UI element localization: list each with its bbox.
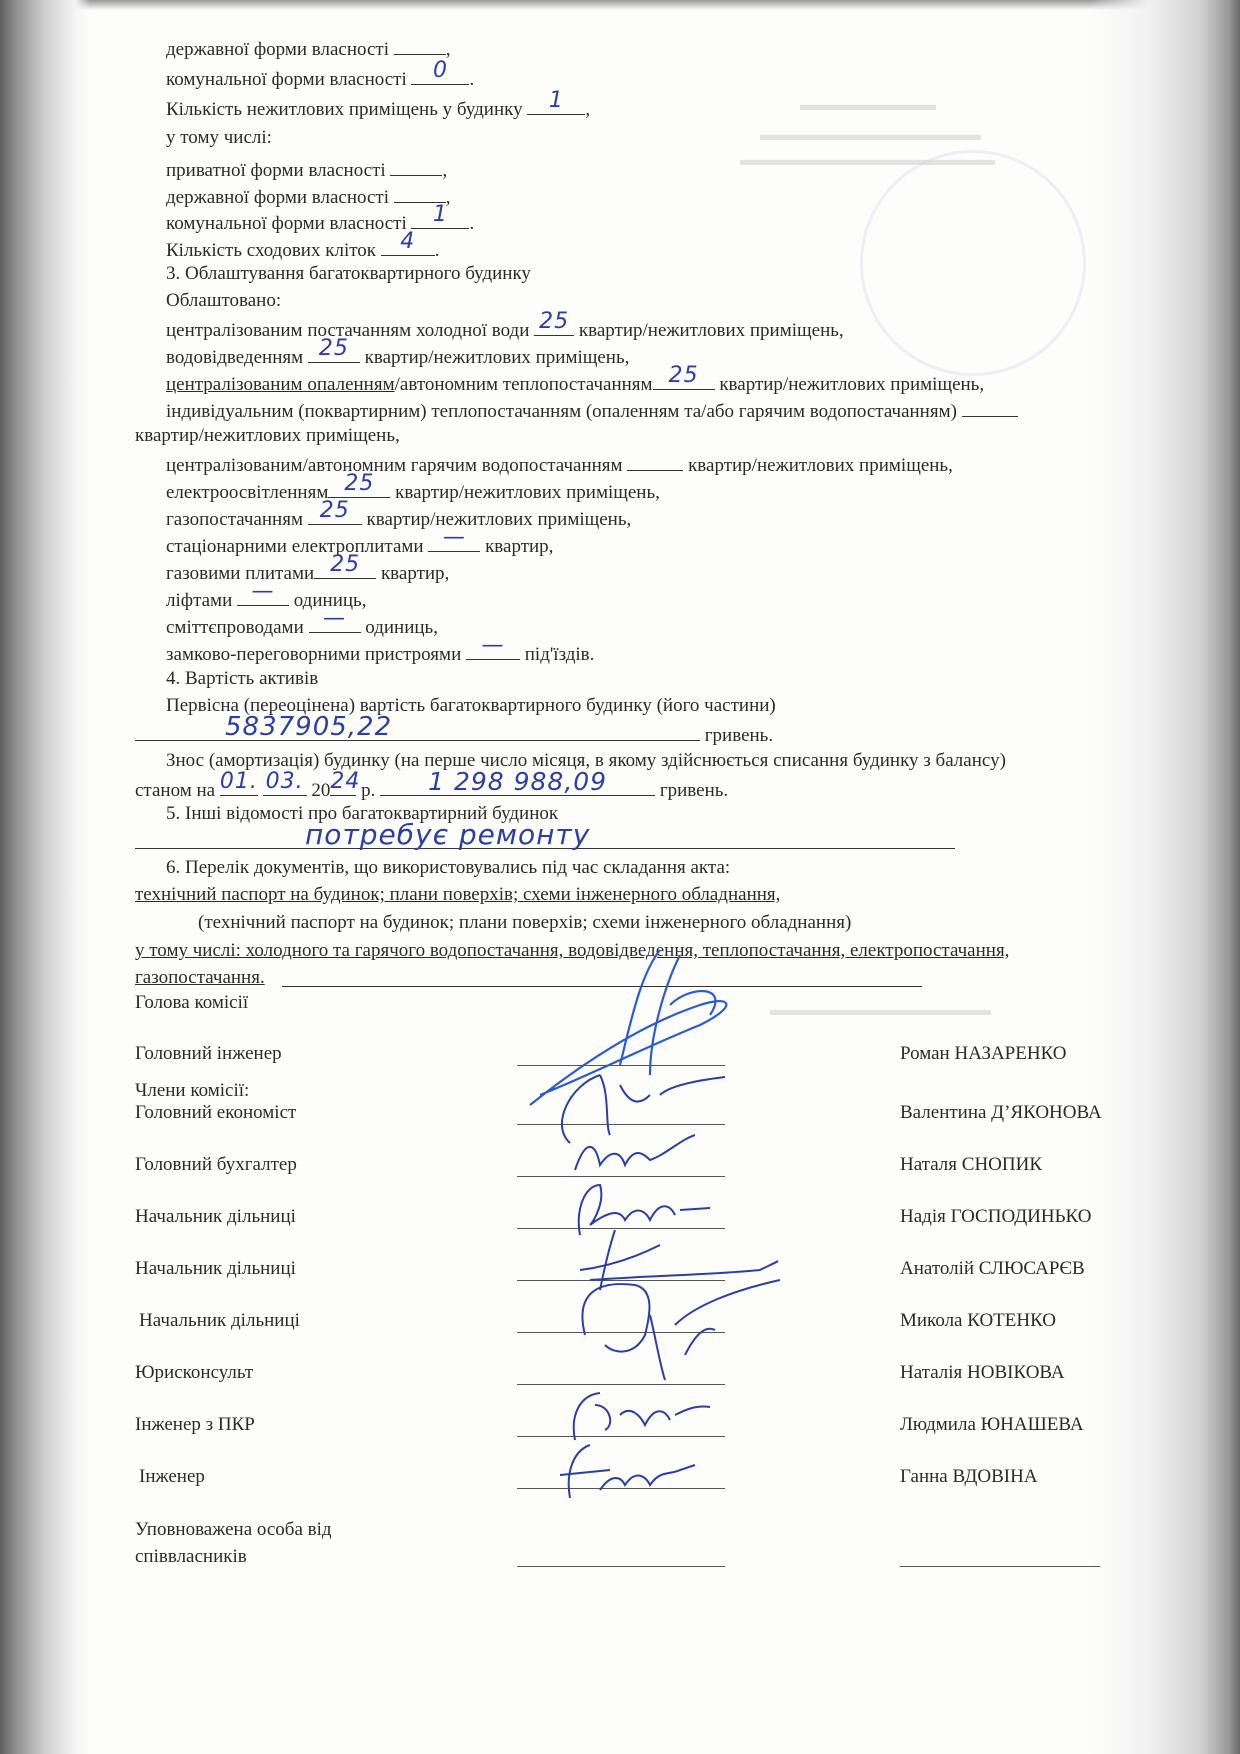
initial-value-line: 5837905,22 гривень.: [135, 722, 773, 747]
signatory-role: Начальник дільниці: [135, 1206, 296, 1228]
signatory-name: Микола КОТЕНКО: [900, 1310, 1056, 1332]
signatory-role: Юрисконсульт: [135, 1362, 253, 1384]
stairwells-line: Кількість сходових кліток 4.: [166, 237, 440, 262]
including-label: у тому числі:: [166, 127, 272, 149]
section3-title: 3. Облаштування багатоквартирного будинк…: [166, 263, 531, 285]
bleed-through-text: ▬▬▬▬▬▬▬▬▬▬▬▬▬: [770, 1000, 991, 1020]
cold-water-field: 25: [534, 317, 574, 336]
gas-stoves-line: газовими плитами25 квартир,: [166, 560, 449, 585]
communal-ownership-field: 0: [411, 66, 469, 85]
nr-private-field: [390, 157, 442, 176]
nr-private-line: приватної форми власності ,: [166, 157, 447, 182]
as-of-month-field: 03.: [263, 777, 307, 796]
documents-gas-line: газопостачання.: [135, 967, 265, 989]
intercoms-field: —: [466, 641, 520, 660]
individual-heating-field: [962, 398, 1018, 417]
depreciation-line: станом на 01. 03. 2024 р. 1 298 988,09 г…: [135, 777, 728, 802]
scan-edge-left: [0, 0, 90, 1754]
signature-icon: [555, 1385, 715, 1445]
bleed-through-stamp: [860, 150, 1086, 376]
gas-line: газопостачанням 25 квартир/нежитлових пр…: [166, 506, 631, 531]
state-ownership-line: державної форми власності ,: [166, 36, 451, 61]
signatory-name: Валентина Д’ЯКОНОВА: [900, 1102, 1102, 1124]
bleed-through-text: ▬▬▬▬▬▬▬▬▬▬▬▬▬▬▬: [740, 150, 995, 170]
initial-value-field: 5837905,22: [135, 722, 700, 741]
coowner-label-1: Уповноважена особа від: [135, 1519, 332, 1541]
signatory-role: Головний економіст: [135, 1102, 296, 1124]
coowner-name-line: [900, 1566, 1100, 1567]
heating-line: централізованим опаленням/автономним теп…: [166, 371, 984, 396]
signatory-name: Людмила ЮНАШЕВА: [900, 1414, 1084, 1436]
heating-field: 25: [653, 371, 715, 390]
nr-state-line: державної форми власності ,: [166, 184, 451, 209]
communal-ownership-line: комунальної форми власності 0.: [166, 66, 474, 91]
hot-water-line: централізованим/автономним гарячим водоп…: [166, 452, 953, 477]
hot-water-field: [627, 452, 683, 471]
equipped-label: Облаштовано:: [166, 290, 281, 312]
signatory-role: Інженер з ПКР: [135, 1414, 255, 1436]
signatory-role: Інженер: [139, 1466, 205, 1488]
chutes-line: сміттєпроводами — одиниць,: [166, 614, 438, 639]
state-ownership-field: [394, 36, 446, 55]
signatory-name: Анатолій СЛЮСАРЄВ: [900, 1258, 1085, 1280]
coowner-signature-line: [517, 1566, 725, 1567]
signatory-name: Наталя СНОПИК: [900, 1154, 1042, 1176]
elevators-field: —: [237, 587, 289, 606]
stairwells-field: 4: [381, 237, 435, 256]
gas-stoves-field: 25: [314, 560, 376, 579]
signature-icon: [555, 1275, 785, 1385]
gas-field: 25: [308, 506, 362, 525]
signatory-role: Начальник дільниці: [135, 1258, 296, 1280]
signatory-role: Начальник дільниці: [139, 1310, 300, 1332]
bleed-through-text: ▬▬▬▬▬▬▬▬: [800, 95, 936, 115]
chutes-field: —: [309, 614, 361, 633]
section6-title: 6. Перелік документів, що використовувал…: [166, 857, 730, 879]
bleed-through-text: ▬▬▬▬▬▬▬▬▬▬▬▬▬: [760, 125, 981, 145]
nr-communal-field: 1: [411, 210, 469, 229]
signature-icon: [570, 1130, 700, 1180]
members-label: Члени комісії:: [135, 1080, 249, 1102]
head-of-commission-label: Голова комісії: [135, 992, 248, 1014]
sewerage-line: водовідведенням 25 квартир/нежитлових пр…: [166, 344, 629, 369]
signature-icon: [550, 1440, 700, 1500]
individual-heating-cont: квартир/нежитлових приміщень,: [135, 425, 400, 447]
signatory-name: Наталія НОВІКОВА: [900, 1362, 1065, 1384]
signatory-role: Головний інженер: [135, 1043, 282, 1065]
cold-water-line: централізованим постачанням холодної вод…: [166, 317, 844, 342]
as-of-year-field: 24: [330, 777, 356, 796]
signatory-name: Надія ГОСПОДИНЬКО: [900, 1206, 1091, 1228]
nonresidential-count-line: Кількість нежитлових приміщень у будинку…: [166, 96, 590, 121]
sewerage-field: 25: [308, 344, 360, 363]
section4-title: 4. Вартість активів: [166, 668, 318, 690]
signatory-name: Ганна ВДОВІНА: [900, 1466, 1038, 1488]
depreciation-field: 1 298 988,09: [380, 777, 655, 796]
scan-edge-right: [1090, 0, 1240, 1754]
documents-hint: (технічний паспорт на будинок; плани пов…: [198, 912, 851, 934]
electric-light-line: електроосвітленням25 квартир/нежитлових …: [166, 479, 660, 504]
electric-stoves-field: —: [428, 533, 480, 552]
electric-light-field: 25: [328, 479, 390, 498]
signatory-role: Головний бухгалтер: [135, 1154, 297, 1176]
coowner-label-2: співвласників: [135, 1546, 247, 1568]
other-info-field: потребує ремонту: [135, 830, 955, 849]
as-of-day-field: 01.: [220, 777, 258, 796]
signatory-name: Роман НАЗАРЕНКО: [900, 1043, 1067, 1065]
nr-state-field: [394, 184, 446, 203]
individual-heating-line: індивідуальним (поквартирним) теплопоста…: [166, 398, 1018, 423]
documents-line: технічний паспорт на будинок; плани пове…: [135, 884, 780, 906]
section5-value-line: потребує ремонту: [135, 830, 955, 855]
intercoms-line: замково-переговорними пристроями — під'ї…: [166, 641, 594, 666]
nonresidential-count-field: 1: [527, 96, 585, 115]
scan-edge-top: [0, 0, 1240, 10]
